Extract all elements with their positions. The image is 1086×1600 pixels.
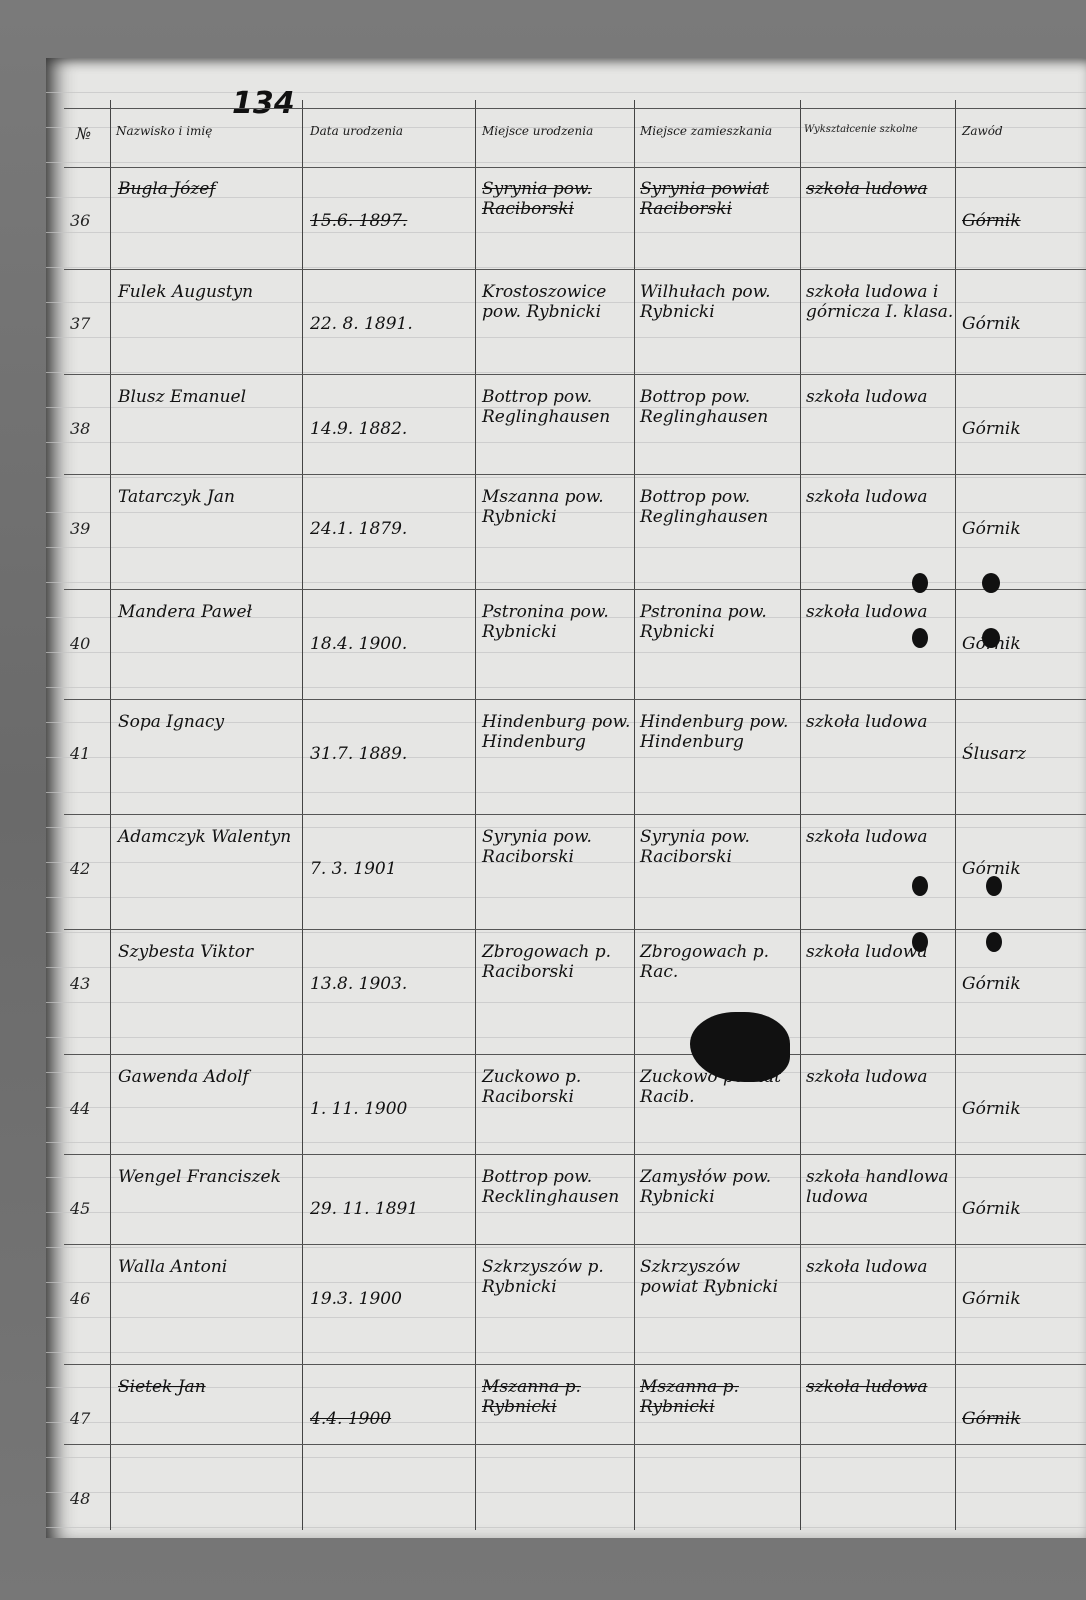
cell-name: Tatarczyk Jan [118, 488, 298, 508]
punch-hole [982, 628, 1000, 648]
cell-education: szkoła ludowa [806, 180, 954, 200]
punch-hole [982, 573, 1000, 593]
cell-name: Walla Antoni [118, 1258, 298, 1278]
column-divider [634, 100, 635, 1530]
cell-residence: Mszanna p. Rybnicki [640, 1378, 795, 1417]
header-no: № [76, 124, 91, 143]
header-education: Wykształcenie szkolne [804, 124, 918, 135]
register-page [46, 58, 1086, 1538]
cell-birth-place: Krostoszowice pow. Rybnicki [482, 283, 632, 322]
cell-birth-date: 24.1. 1879. [310, 520, 470, 540]
cell-no: 44 [70, 1100, 106, 1118]
cell-education: szkoła ludowa [806, 1258, 954, 1278]
cell-education: szkoła ludowa [806, 603, 954, 623]
cell-name: Szybesta Viktor [118, 943, 298, 963]
cell-residence: Bottrop pow. Reglinghausen [640, 388, 795, 427]
cell-name: Adamczyk Walentyn [118, 828, 298, 848]
cell-birth-date: 4.4. 1900 [310, 1410, 470, 1430]
cell-no: 37 [70, 315, 106, 333]
row-separator [64, 374, 1086, 375]
cell-no: 47 [70, 1410, 106, 1428]
row-separator [64, 1154, 1086, 1155]
cell-birth-date: 7. 3. 1901 [310, 860, 470, 880]
cell-education: szkoła ludowa [806, 713, 954, 733]
punch-hole [986, 932, 1002, 952]
cell-occupation: Ślusarz [962, 745, 1072, 765]
cell-residence: Pstronina pow. Rybnicki [640, 603, 795, 642]
cell-birth-date: 22. 8. 1891. [310, 315, 470, 335]
header-birth-place: Miejsce urodzenia [482, 124, 593, 138]
cell-birth-place: Syrynia pow. Raciborski [482, 180, 632, 219]
cell-education: szkoła ludowa [806, 1068, 954, 1088]
cell-residence: Zbrogowach p. Rac. [640, 943, 795, 982]
row-separator [64, 589, 1086, 590]
cell-occupation: Górnik [962, 1200, 1072, 1220]
column-divider [110, 100, 111, 1530]
column-divider [955, 100, 956, 1530]
cell-name: Mandera Paweł [118, 603, 298, 623]
cell-no: 38 [70, 420, 106, 438]
cell-birth-date: 14.9. 1882. [310, 420, 470, 440]
cell-occupation: Górnik [962, 860, 1072, 880]
cell-occupation: Górnik [962, 212, 1072, 232]
cell-birth-date: 18.4. 1900. [310, 635, 470, 655]
header-occupation: Zawód [962, 124, 1003, 138]
cell-residence: Wilhułach pow. Rybnicki [640, 283, 795, 322]
cell-no: 46 [70, 1290, 106, 1308]
cell-birth-place: Pstronina pow. Rybnicki [482, 603, 632, 642]
row-separator [64, 1364, 1086, 1365]
cell-birth-place: Bottrop pow. Reglinghausen [482, 388, 632, 427]
cell-no: 36 [70, 212, 106, 230]
column-divider [302, 100, 303, 1530]
cell-name: Gawenda Adolf [118, 1068, 298, 1088]
cell-no: 40 [70, 635, 106, 653]
row-separator [64, 699, 1086, 700]
column-divider [800, 100, 801, 1530]
cell-occupation: Górnik [962, 1410, 1072, 1430]
cell-occupation: Górnik [962, 520, 1072, 540]
cell-residence: Szkrzyszów powiat Rybnicki [640, 1258, 795, 1297]
cell-name: Sietek Jan [118, 1378, 298, 1398]
cell-no: 43 [70, 975, 106, 993]
cell-no: 41 [70, 745, 106, 763]
cell-birth-place: Mszanna p. Rybnicki [482, 1378, 632, 1417]
cell-birth-place: Szkrzyszów p. Rybnicki [482, 1258, 632, 1297]
cell-occupation: Górnik [962, 315, 1072, 335]
cell-residence: Zamysłów pow. Rybnicki [640, 1168, 795, 1207]
punch-hole [912, 573, 928, 593]
cell-birth-date: 31.7. 1889. [310, 745, 470, 765]
cell-name: Fulek Augustyn [118, 283, 298, 303]
cell-no: 45 [70, 1200, 106, 1218]
cell-birth-date: 15.6. 1897. [310, 212, 470, 232]
row-separator [64, 929, 1086, 930]
cell-birth-place: Syrynia pow. Raciborski [482, 828, 632, 867]
column-divider [475, 100, 476, 1530]
header-birth-date: Data urodzenia [310, 124, 460, 138]
cell-no: 42 [70, 860, 106, 878]
cell-education: szkoła ludowa i górnicza I. klasa. [806, 283, 954, 322]
cell-education: szkoła ludowa [806, 943, 954, 963]
cell-education: szkoła handlowa ludowa [806, 1168, 954, 1207]
cell-education: szkoła ludowa [806, 828, 954, 848]
cell-birth-date: 29. 11. 1891 [310, 1200, 470, 1220]
cell-residence: Bottrop pow. Reglinghausen [640, 488, 795, 527]
row-separator [64, 1054, 1086, 1055]
cell-name: Bugla Józef [118, 180, 298, 200]
cell-residence: Hindenburg pow. Hindenburg [640, 713, 795, 752]
cell-education: szkoła ludowa [806, 488, 954, 508]
row-separator [64, 1444, 1086, 1445]
punch-hole [912, 932, 928, 952]
cell-occupation: Górnik [962, 975, 1072, 995]
cell-birth-date: 13.8. 1903. [310, 975, 470, 995]
punch-hole [912, 628, 928, 648]
row-separator [64, 474, 1086, 475]
header-residence: Miejsce zamieszkania [640, 124, 772, 138]
cell-occupation: Górnik [962, 420, 1072, 440]
cell-name: Wengel Franciszek [118, 1168, 298, 1188]
cell-occupation: Górnik [962, 1100, 1072, 1120]
cell-education: szkoła ludowa [806, 1378, 954, 1398]
cell-no: 48 [70, 1490, 106, 1508]
header-bottom-line [64, 167, 1086, 168]
cell-name: Blusz Emanuel [118, 388, 298, 408]
cell-no: 39 [70, 520, 106, 538]
cell-occupation: Górnik [962, 635, 1072, 655]
cell-birth-date: 1. 11. 1900 [310, 1100, 470, 1120]
cell-education: szkoła ludowa [806, 388, 954, 408]
cell-birth-place: Zbrogowach p. Raciborski [482, 943, 632, 982]
cell-residence: Syrynia powiat Raciborski [640, 180, 795, 219]
row-separator [64, 1244, 1086, 1245]
cell-birth-place: Zuckowo p. Raciborski [482, 1068, 632, 1107]
punch-hole [986, 876, 1002, 896]
cell-name: Sopa Ignacy [118, 713, 298, 733]
cell-birth-place: Hindenburg pow. Hindenburg [482, 713, 632, 752]
cell-residence: Syrynia pow. Raciborski [640, 828, 795, 867]
cell-birth-place: Bottrop pow. Recklinghausen [482, 1168, 632, 1207]
cell-birth-place: Mszanna pow. Rybnicki [482, 488, 632, 527]
page-number: 134 [232, 86, 295, 121]
header-top-line [64, 108, 1086, 109]
header-name: Nazwisko i imię [116, 124, 212, 138]
punch-hole [912, 876, 928, 896]
cell-occupation: Górnik [962, 1290, 1072, 1310]
row-separator [64, 269, 1086, 270]
cell-birth-date: 19.3. 1900 [310, 1290, 470, 1310]
row-separator [64, 814, 1086, 815]
